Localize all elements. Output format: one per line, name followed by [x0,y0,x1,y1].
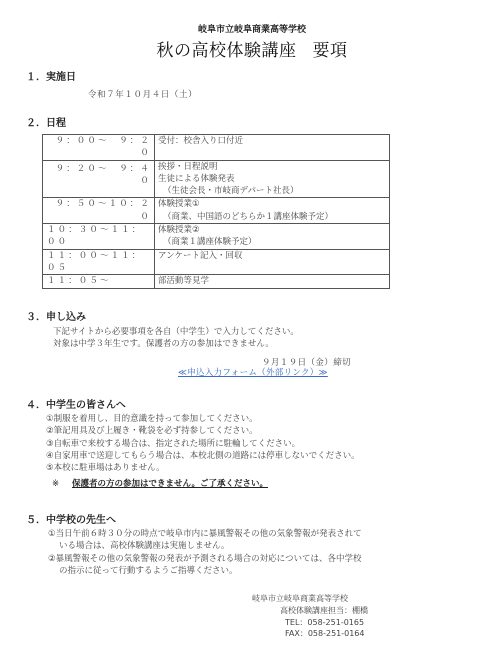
list-item: ①当日午前６時３０分の時点で岐阜市内に暴風警報その他の気象警報が発表されて [48,528,362,540]
student-instructions-list: ①制服を着用し、目的意識を持って参加してください。 ②筆記用具及び上履き・靴袋を… [46,413,360,474]
table-row: ９：００～ ９：２０ 受付：校舎入り口付近 [43,135,390,161]
time-cell: ９：５０～１０：２０ [43,198,155,224]
list-item: ②筆記用具及び上履き・靴袋を必ず持参してください。 [46,425,360,437]
list-item: ⑤本校に駐車場はありません。 [46,462,360,474]
activity-cell: アンケート記入・回収 [155,249,390,275]
list-item-continuation: いる場合は、高校体験講座は実施しません。 [48,540,362,552]
table-row: ９：２０～ ９：４０ 挨拶・日程説明 生徒による体験発表 （生徒会長・市岐商デパ… [43,160,390,198]
activity-cell: 体験授業① （商業、中国語のどちらか１講座体験予定） [155,198,390,224]
time-cell: １１：００～１１：０５ [43,249,155,275]
application-instructions: 下記サイトから必要事項を各自（中学生）で入力してください。 対象は中学３年生です… [53,326,299,351]
section-schedule-heading: ２．日程 [26,114,66,129]
activity-cell: 挨拶・日程説明 生徒による体験発表 （生徒会長・市岐商デパート社長） [155,160,390,198]
list-item: ③自転車で来校する場合は、指定された場所に駐輪してください。 [46,438,360,450]
list-item: ①制服を着用し、目的意識を持って参加してください。 [46,413,360,425]
event-date: 令和７年１０月４日（土） [88,88,197,100]
parent-notice: ※保護者の方の参加はできません。ご了承ください。 [52,477,268,489]
table-row: １１：００～１１：０５ アンケート記入・回収 [43,249,390,275]
table-row: １１：０５～ 部活動等見学 [43,275,390,288]
page-title: 秋の高校体験講座要項 [0,36,488,61]
application-form-link[interactable]: ≪申込入力フォーム（外部リンク）≫ [178,366,328,378]
table-row: ９：５０～１０：２０ 体験授業① （商業、中国語のどちらか１講座体験予定） [43,198,390,224]
footer-contact: 岐阜市立岐阜商業高等学校 高校体験講座担当：棚橋 TEL：058-251-016… [252,593,368,640]
school-name: 岐阜市立岐阜商業高等学校 [0,22,488,35]
footer-school: 岐阜市立岐阜商業高等学校 [252,593,368,605]
time-cell: １０：３０～１１：００ [43,224,155,250]
teacher-instructions-list: ①当日午前６時３０分の時点で岐阜市内に暴風警報その他の気象警報が発表されて いる… [48,528,362,577]
time-cell: ９：００～ ９：２０ [43,135,155,161]
section-date-heading: １．実施日 [26,68,76,83]
activity-cell: 部活動等見学 [155,275,390,288]
table-row: １０：３０～１１：００ 体験授業② （商業１講座体験予定） [43,224,390,250]
schedule-table: ９：００～ ９：２０ 受付：校舎入り口付近 ９：２０～ ９：４０ 挨拶・日程説明… [42,134,390,289]
footer-fax: FAX：058-251-0164 [252,628,368,640]
title-main: 秋の高校体験講座 [157,41,297,61]
section-students-heading: ４．中学生の皆さんへ [26,396,126,411]
parent-notice-text: 保護者の方の参加はできません。ご了承ください。 [72,479,268,489]
section-teachers-heading: ５．中学校の先生へ [26,511,116,526]
time-cell: ９：２０～ ９：４０ [43,160,155,198]
footer-person: 高校体験講座担当：棚橋 [252,605,368,617]
list-item: ④自家用車で送迎してもらう場合は、本校北側の道路には停車しないでください。 [46,450,360,462]
list-item: ②暴風警報その他の気象警報の発表が予測される場合の対応については、各中学校 [48,553,362,565]
footer-tel: TEL：058-251-0165 [252,617,368,629]
activity-cell: 受付：校舎入り口付近 [155,135,390,161]
time-cell: １１：０５～ [43,275,155,288]
activity-cell: 体験授業② （商業１講座体験予定） [155,224,390,250]
list-item-continuation: の指示に従って行動するようご指導ください。 [48,565,362,577]
title-suffix: 要項 [313,41,348,61]
section-application-heading: ３．申し込み [26,308,86,323]
reference-mark: ※ [52,479,72,489]
